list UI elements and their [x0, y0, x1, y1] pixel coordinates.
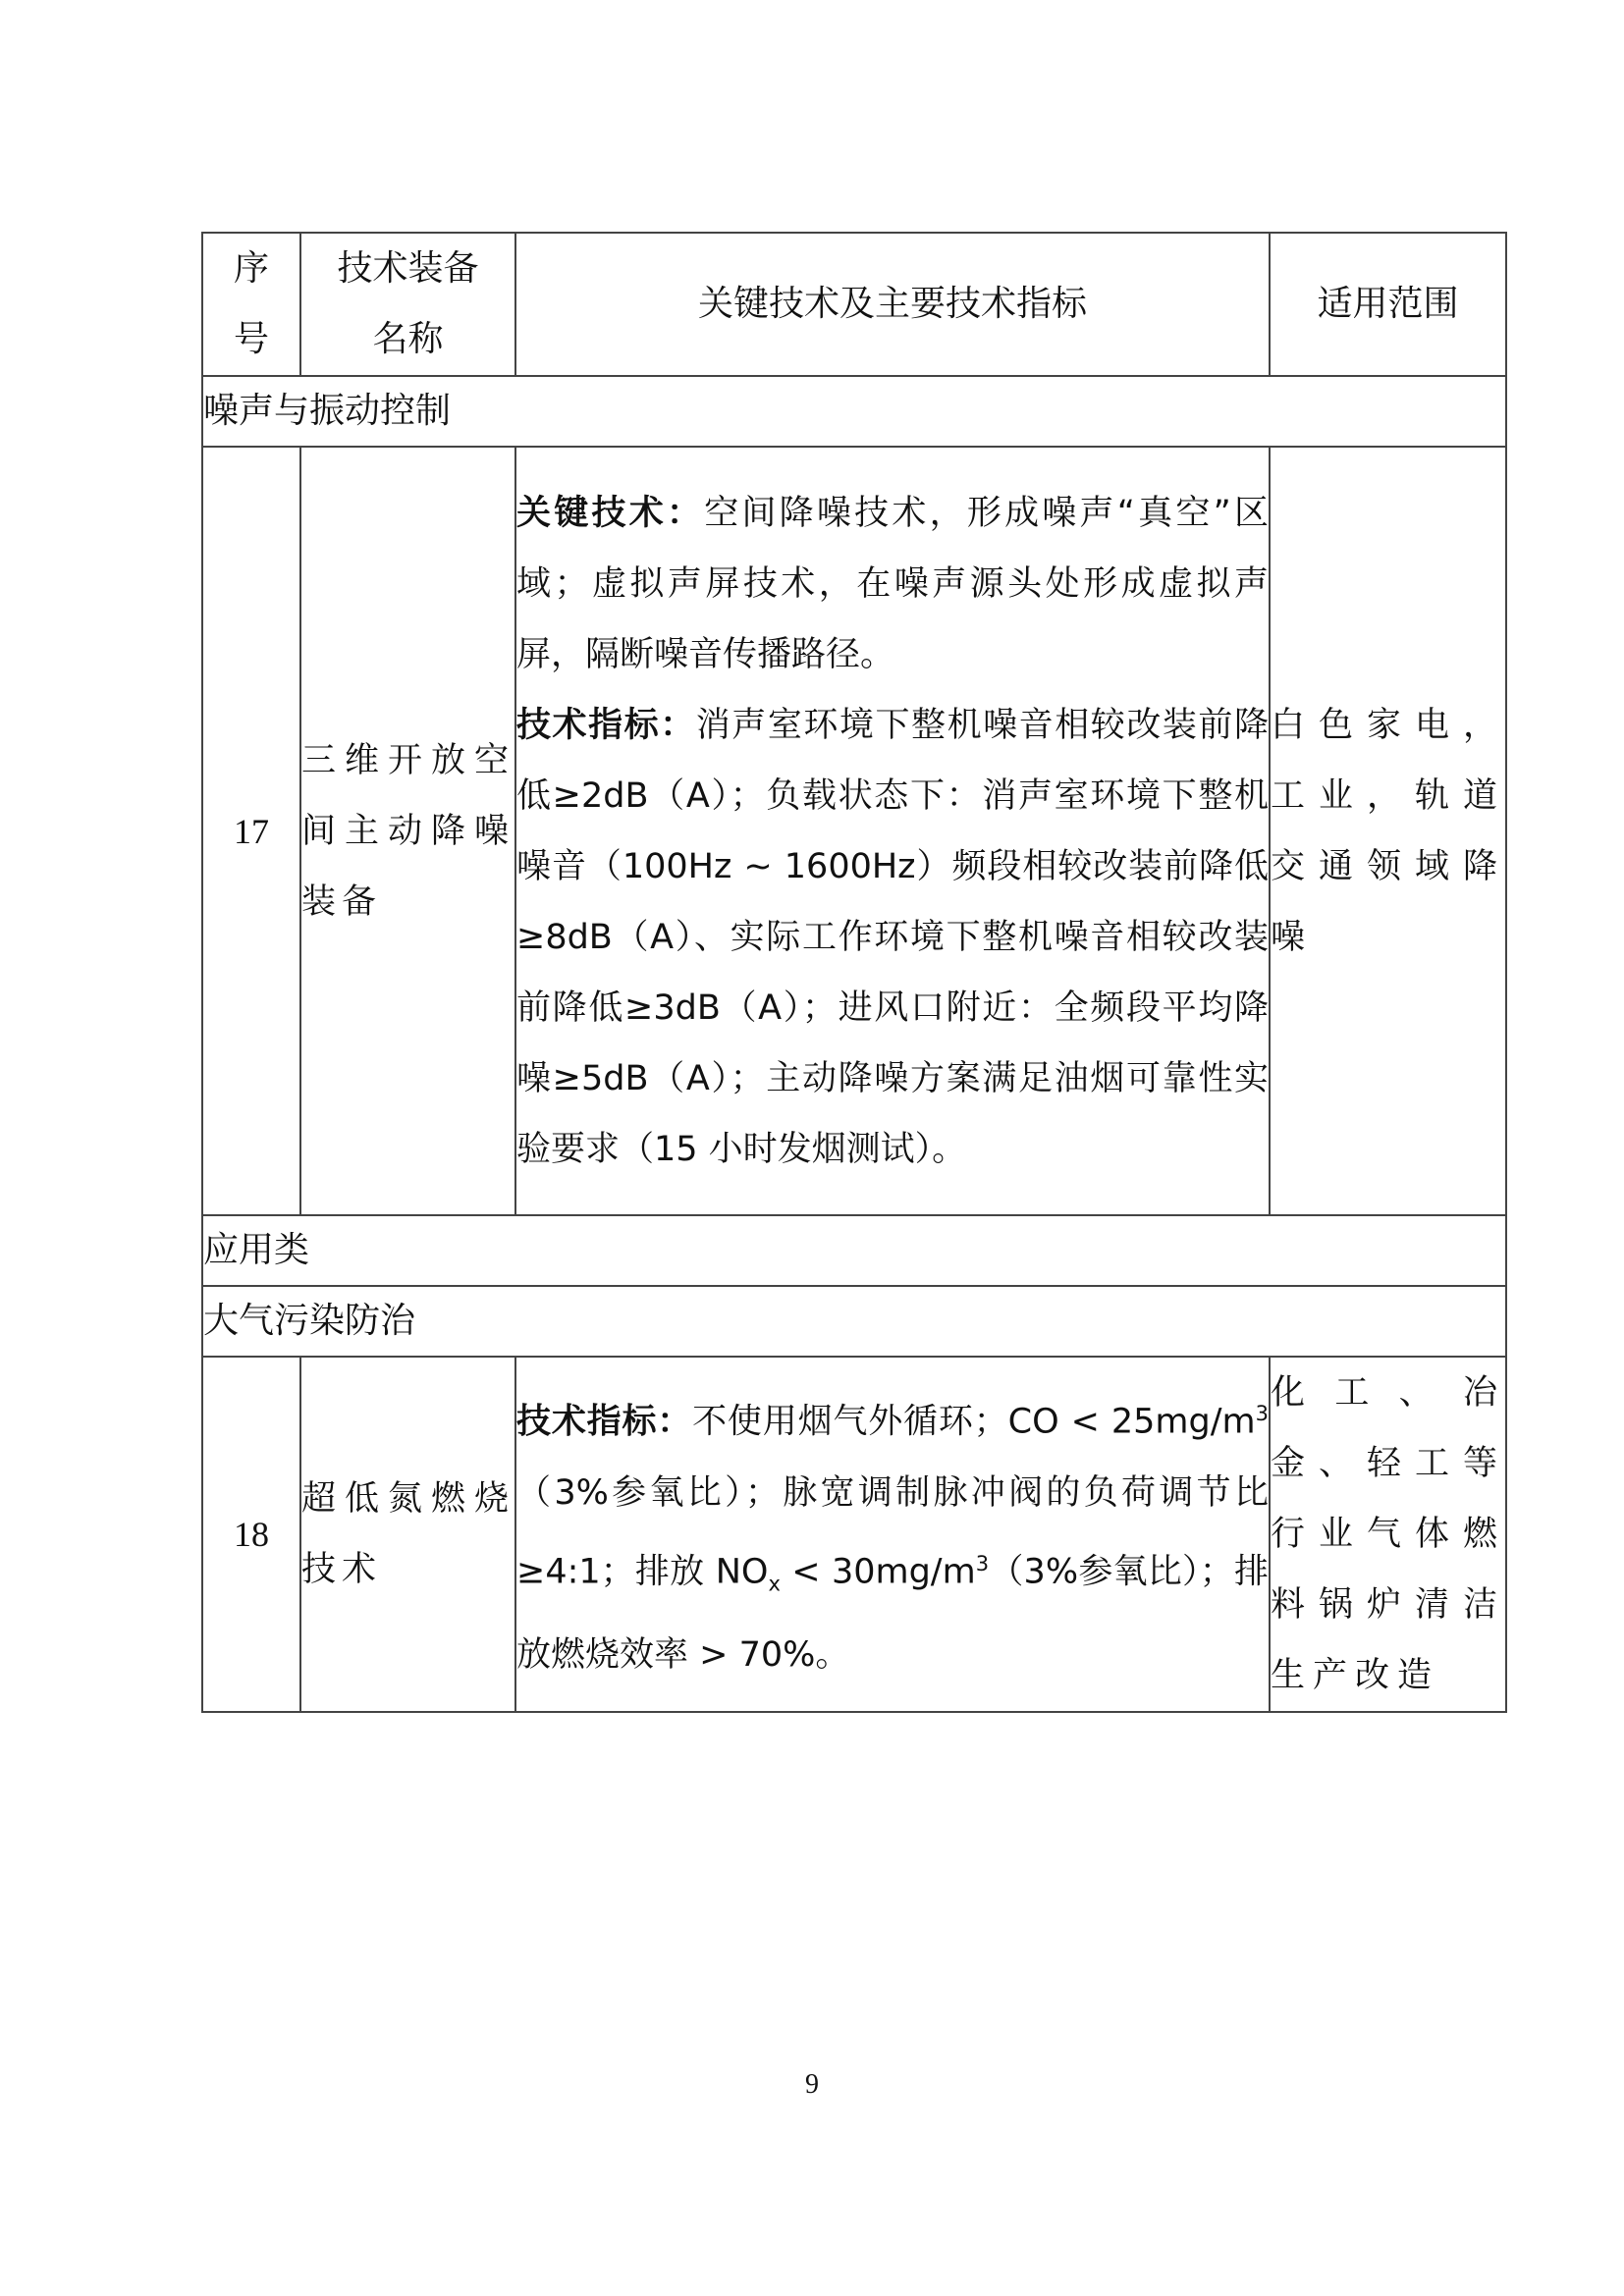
section-title: 应用类: [202, 1215, 1506, 1286]
row-equipment-name: 超低氮燃烧技术: [300, 1357, 515, 1712]
section-row-noise: 噪声与振动控制: [202, 376, 1506, 447]
indicator-text: 消声室环境下整机噪音相较改装前降低≥2dB（A）；负载状态下：消声室环境下整机噪…: [516, 706, 1269, 1169]
section-title: 大气污染防治: [202, 1286, 1506, 1357]
header-index: 序 号: [202, 233, 300, 376]
table-row: 18 超低氮燃烧技术 技术指标：不使用烟气外循环；CO < 25mg/m3（3%…: [202, 1357, 1506, 1712]
technology-equipment-table: 序 号 技术装备 名称 关键技术及主要技术指标 适用范围 噪声与振动控制 17 …: [201, 232, 1507, 1713]
key-tech-label: 关键技术：: [516, 494, 704, 533]
indicator-text: 不使用烟气外循环；CO < 25mg/m: [692, 1403, 1256, 1442]
row-index: 17: [202, 447, 300, 1215]
section-row-application: 应用类: [202, 1215, 1506, 1286]
page-number: 9: [0, 2069, 1624, 2101]
row-index: 18: [202, 1357, 300, 1712]
row-equipment-name: 三维开放空间主动降噪装备: [300, 447, 515, 1215]
indicator-text: < 30mg/m: [781, 1553, 976, 1592]
header-equipment-name: 技术装备 名称: [300, 233, 515, 376]
row-scope: 化工、冶金、轻工等行业气体燃料锅炉清洁生产改造: [1270, 1357, 1506, 1712]
indicator-label: 技术指标：: [516, 1403, 692, 1442]
table-row: 17 三维开放空间主动降噪装备 关键技术：空间降噪技术，形成噪声“真空”区域；虚…: [202, 447, 1506, 1215]
header-scope: 适用范围: [1270, 233, 1506, 376]
row-scope: 白色家电，工业，轨道交通领域降噪: [1270, 447, 1506, 1215]
row-key-technology: 技术指标：不使用烟气外循环；CO < 25mg/m3（3%参氧比）；脉宽调制脉冲…: [515, 1357, 1270, 1712]
subscript: x: [768, 1573, 780, 1596]
header-key-technology: 关键技术及主要技术指标: [515, 233, 1270, 376]
table-header-row: 序 号 技术装备 名称 关键技术及主要技术指标 适用范围: [202, 233, 1506, 376]
superscript: 3: [1256, 1402, 1269, 1425]
indicator-label: 技术指标：: [516, 706, 696, 745]
row-key-technology: 关键技术：空间降噪技术，形成噪声“真空”区域；虚拟声屏技术，在噪声源头处形成虚拟…: [515, 447, 1270, 1215]
section-row-air: 大气污染防治: [202, 1286, 1506, 1357]
section-title: 噪声与振动控制: [202, 376, 1506, 447]
superscript: 3: [976, 1552, 989, 1575]
